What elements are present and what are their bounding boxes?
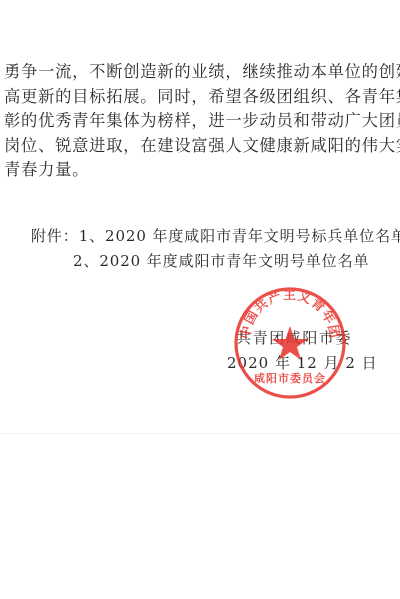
svg-text:咸阳市委员会: 咸阳市委员会: [254, 371, 326, 385]
signature-organization: 共青团咸阳市委: [236, 327, 352, 348]
signature-date: 2020 年 12 月 2 日: [227, 352, 378, 373]
signature-block: 共青团咸阳市委 2020 年 12 月 2 日 中国共产主义青年团 咸阳市委员会: [0, 0, 400, 433]
blank-page-area: [0, 434, 400, 599]
document-page: 勇争一流，不断创造新的业绩，继续推动本单位的创建活动向更 高更新的目标拓展。同时…: [0, 0, 400, 433]
